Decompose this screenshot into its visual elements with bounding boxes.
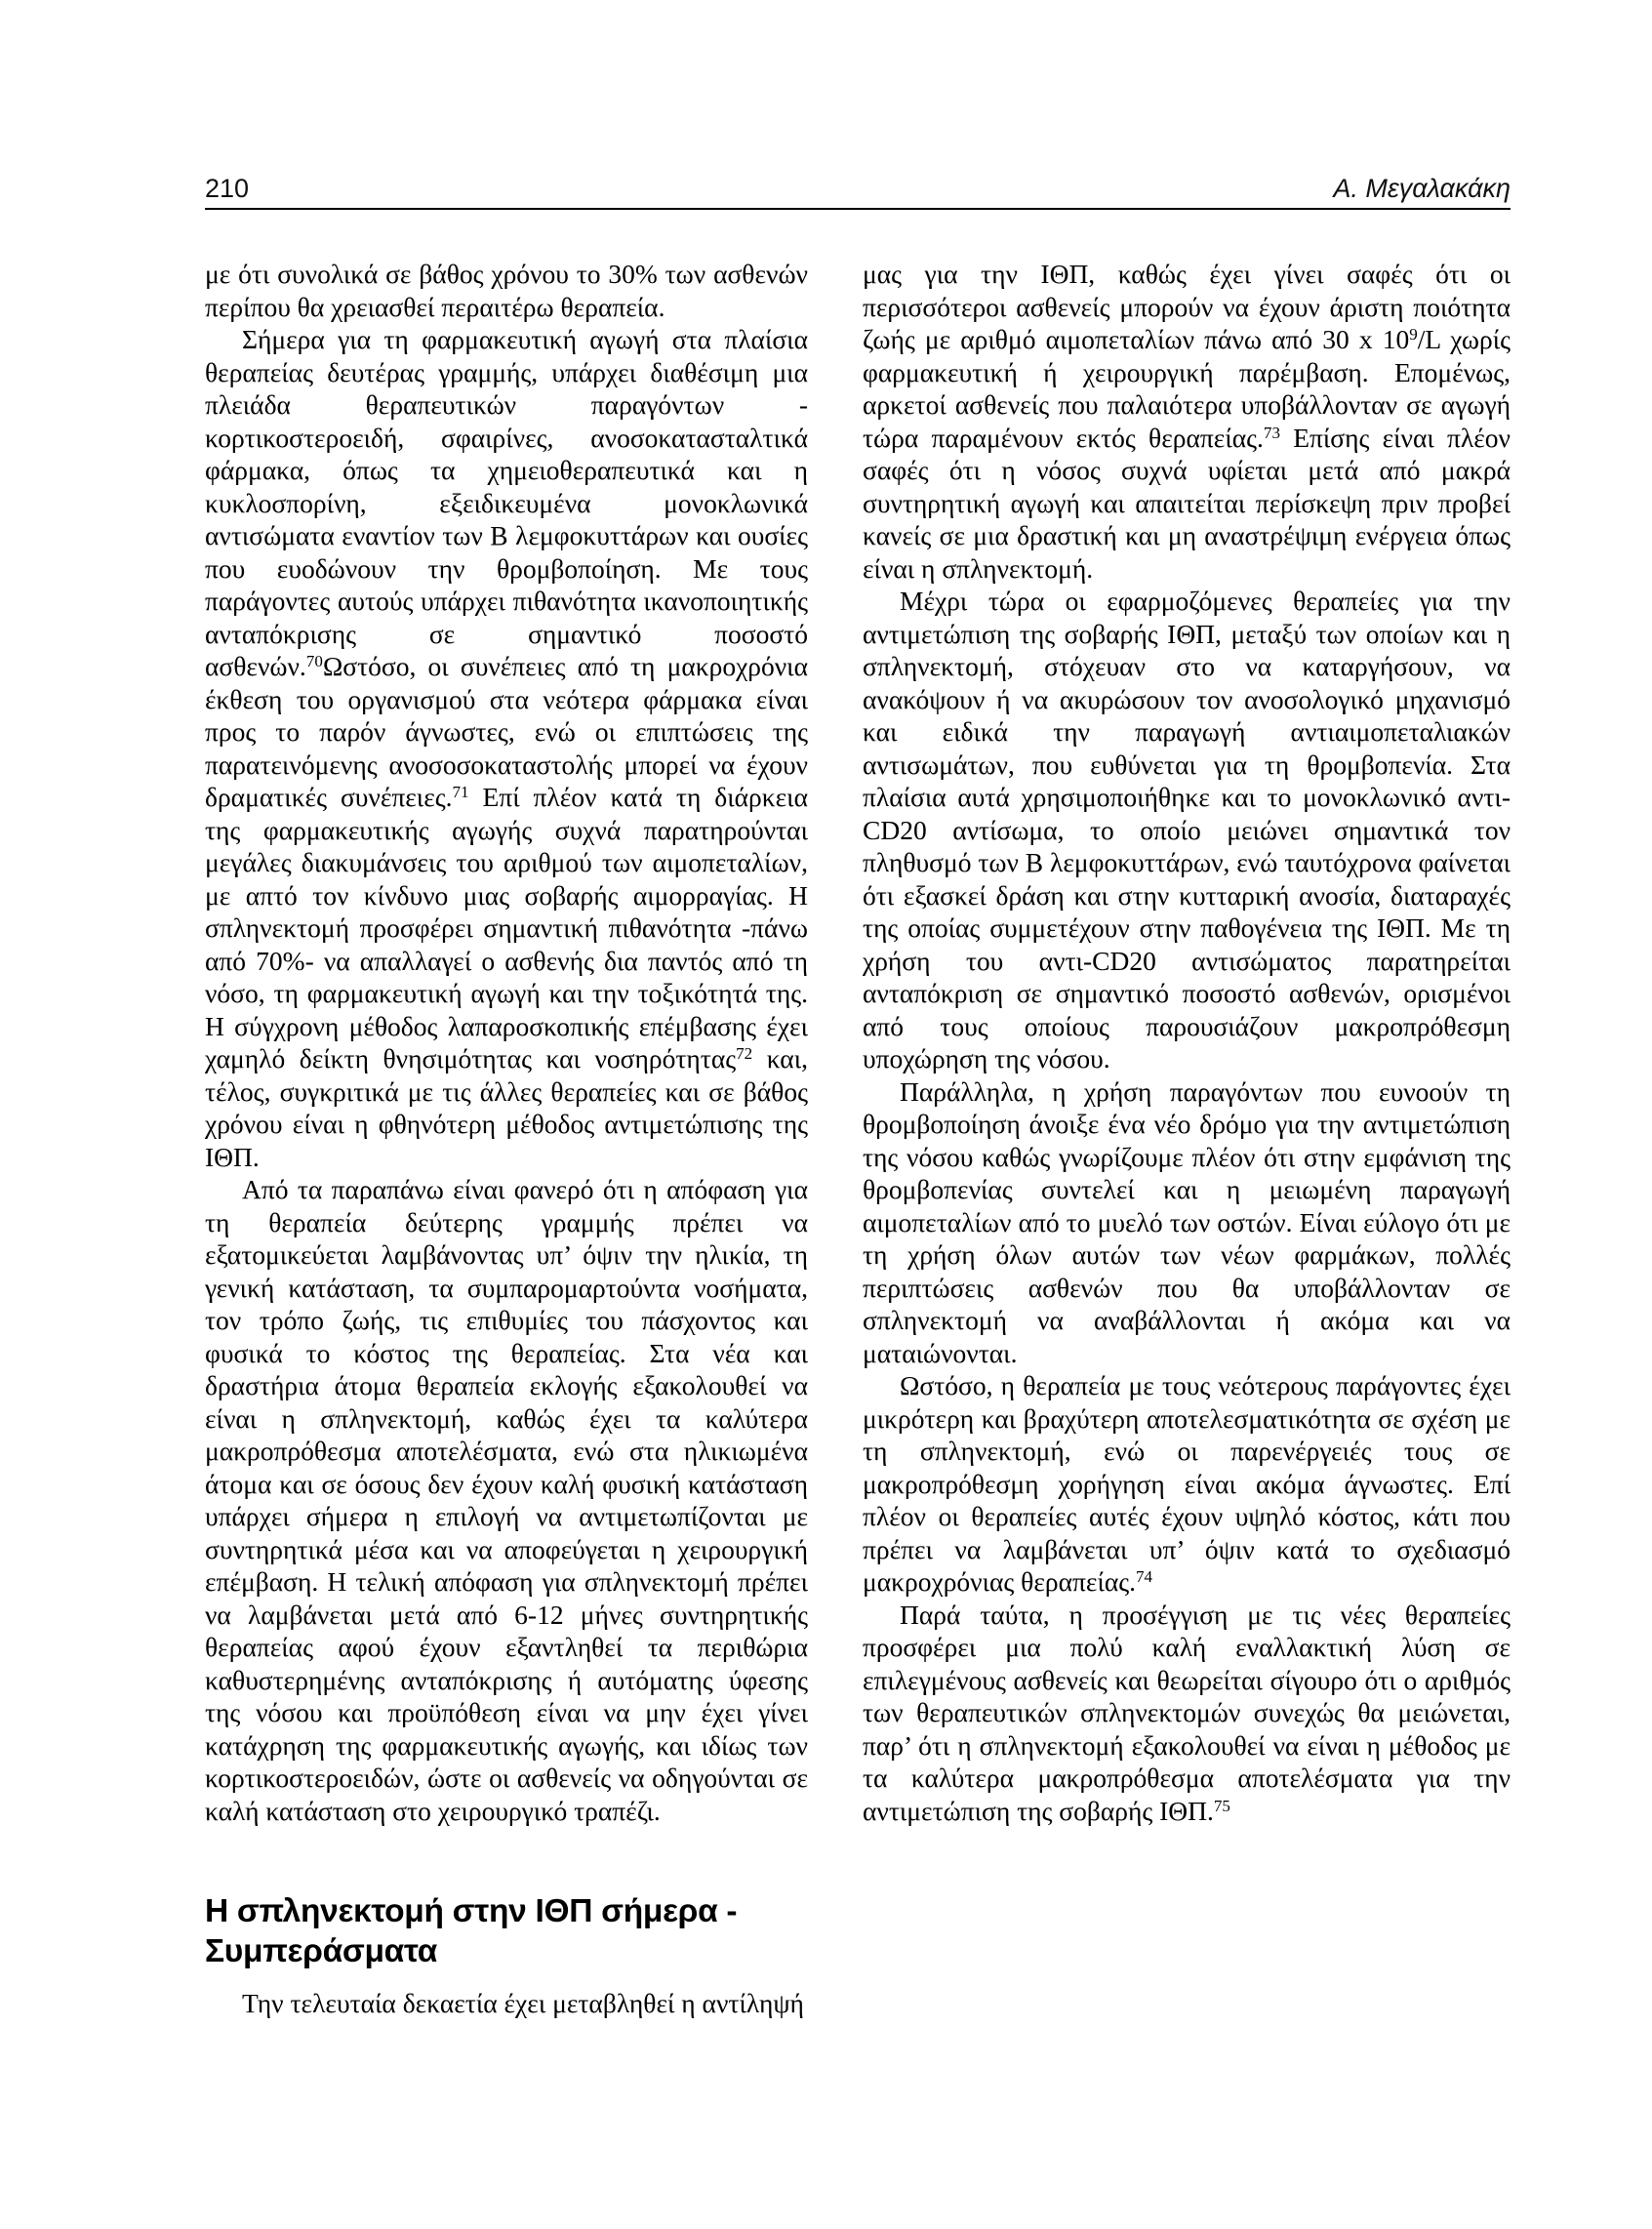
left-column: με ότι συνολικά σε βάθος χρόνου το 30% τ… — [205, 258, 808, 2020]
two-column-body: με ότι συνολικά σε βάθος χρόνου το 30% τ… — [205, 258, 1511, 2020]
running-head-author: Α. Μεγαλακάκη — [1333, 174, 1511, 203]
body-paragraph: μας για την ΙΘΠ, καθώς έχει γίνει σαφές … — [863, 258, 1511, 585]
footnote-reference: 71 — [453, 783, 469, 801]
journal-page: 210 Α. Μεγαλακάκη με ότι συνολικά σε βάθ… — [0, 0, 1652, 2229]
footnote-reference: 70 — [306, 652, 323, 670]
header-rule — [205, 208, 1511, 210]
body-paragraph: Μέχρι τώρα οι εφαρμοζόμενες θεραπείες γι… — [863, 585, 1511, 1075]
body-paragraph: Παράλληλα, η χρήση παραγόντων που ευνοού… — [863, 1075, 1511, 1370]
body-paragraph: Ωστόσο, η θεραπεία με τους νεότερους παρ… — [863, 1369, 1511, 1599]
footnote-reference: 9 — [1409, 325, 1418, 344]
page-number: 210 — [205, 174, 249, 203]
right-column: μας για την ΙΘΠ, καθώς έχει γίνει σαφές … — [863, 258, 1511, 2020]
footnote-reference: 73 — [1264, 424, 1280, 442]
footnote-reference: 72 — [736, 1044, 752, 1063]
body-paragraph: με ότι συνολικά σε βάθος χρόνου το 30% τ… — [205, 258, 808, 323]
body-paragraph: Την τελευταία δεκαετία έχει μεταβληθεί η… — [205, 1987, 808, 2020]
footnote-reference: 74 — [1136, 1567, 1152, 1586]
body-paragraph: Από τα παραπάνω είναι φανερό ότι η απόφα… — [205, 1173, 808, 1827]
body-paragraph: Σήμερα για τη φαρμακευτική αγωγή στα πλα… — [205, 323, 808, 1173]
footnote-reference: 75 — [1214, 1797, 1230, 1815]
page-header: 210 Α. Μεγαλακάκη — [205, 174, 1511, 203]
body-paragraph: Παρά ταύτα, η προσέγγιση με τις νέες θερ… — [863, 1599, 1511, 1828]
section-heading: Η σπληνεκτομή στην ΙΘΠ σήμερα - Συμπεράσ… — [205, 1891, 808, 1971]
